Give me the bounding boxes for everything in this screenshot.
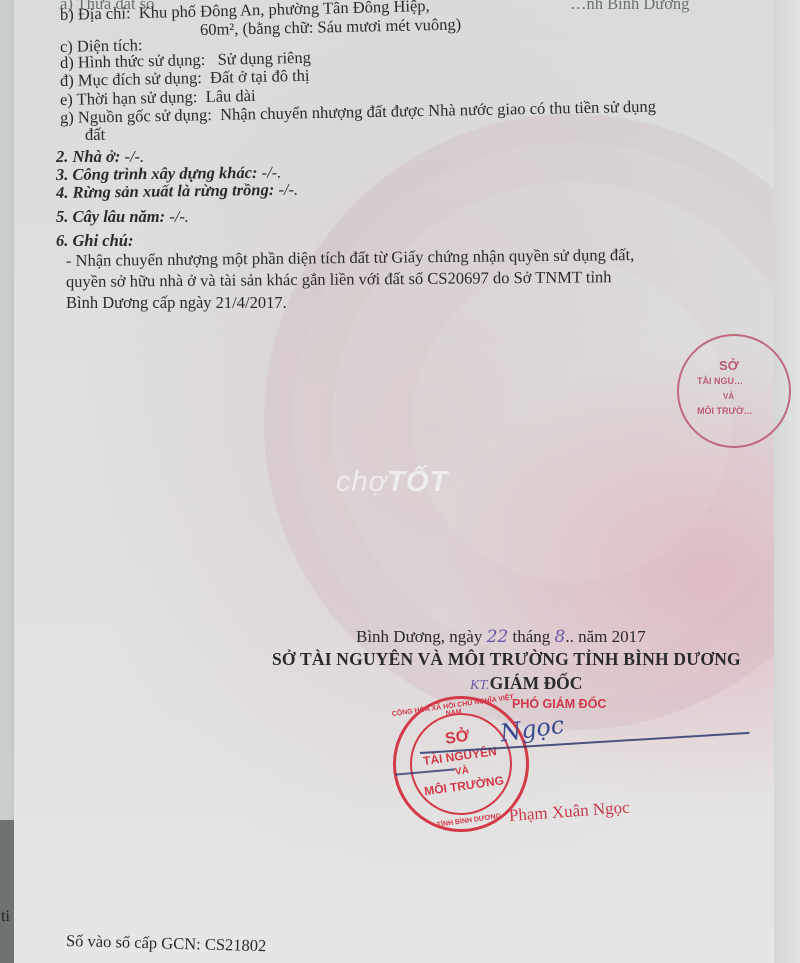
section-production-forest: 4. Rừng sản xuất là rừng trồng: -/-. [56,180,298,203]
page-edge-left: ti [0,820,14,963]
partial-stamp: SỞ TÀI NGU… VÀ MÔI TRƯỜ… [677,334,791,448]
chotot-watermark: chợTỐT [336,466,448,499]
section-notes-heading: 6. Ghi chú: [56,231,133,251]
page-edge-right [774,0,800,963]
item-a-province: …nh Bình Dương [570,0,689,14]
issue-day: 22 [487,627,509,647]
issuing-organization: SỞ TÀI NGUYÊN VÀ MÔI TRƯỜNG TỈNH BÌNH DƯ… [272,649,741,670]
section-perennial-trees: 5. Cây lâu năm: -/-. [56,207,189,227]
signer-title: KT.GIÁM ĐỐC [470,673,582,694]
deputy-title-stamp: PHÓ GIÁM ĐỐC [512,697,606,711]
issue-month: 8 [555,627,566,647]
cut-off-text: ti [1,908,10,926]
issue-date-line: Bình Dương, ngày 22 tháng 8.. năm 2017 [356,627,646,647]
note-line-3: Bình Dương cấp ngày 21/4/2017. [66,293,287,313]
item-g-origin-continued: đất [85,125,105,145]
